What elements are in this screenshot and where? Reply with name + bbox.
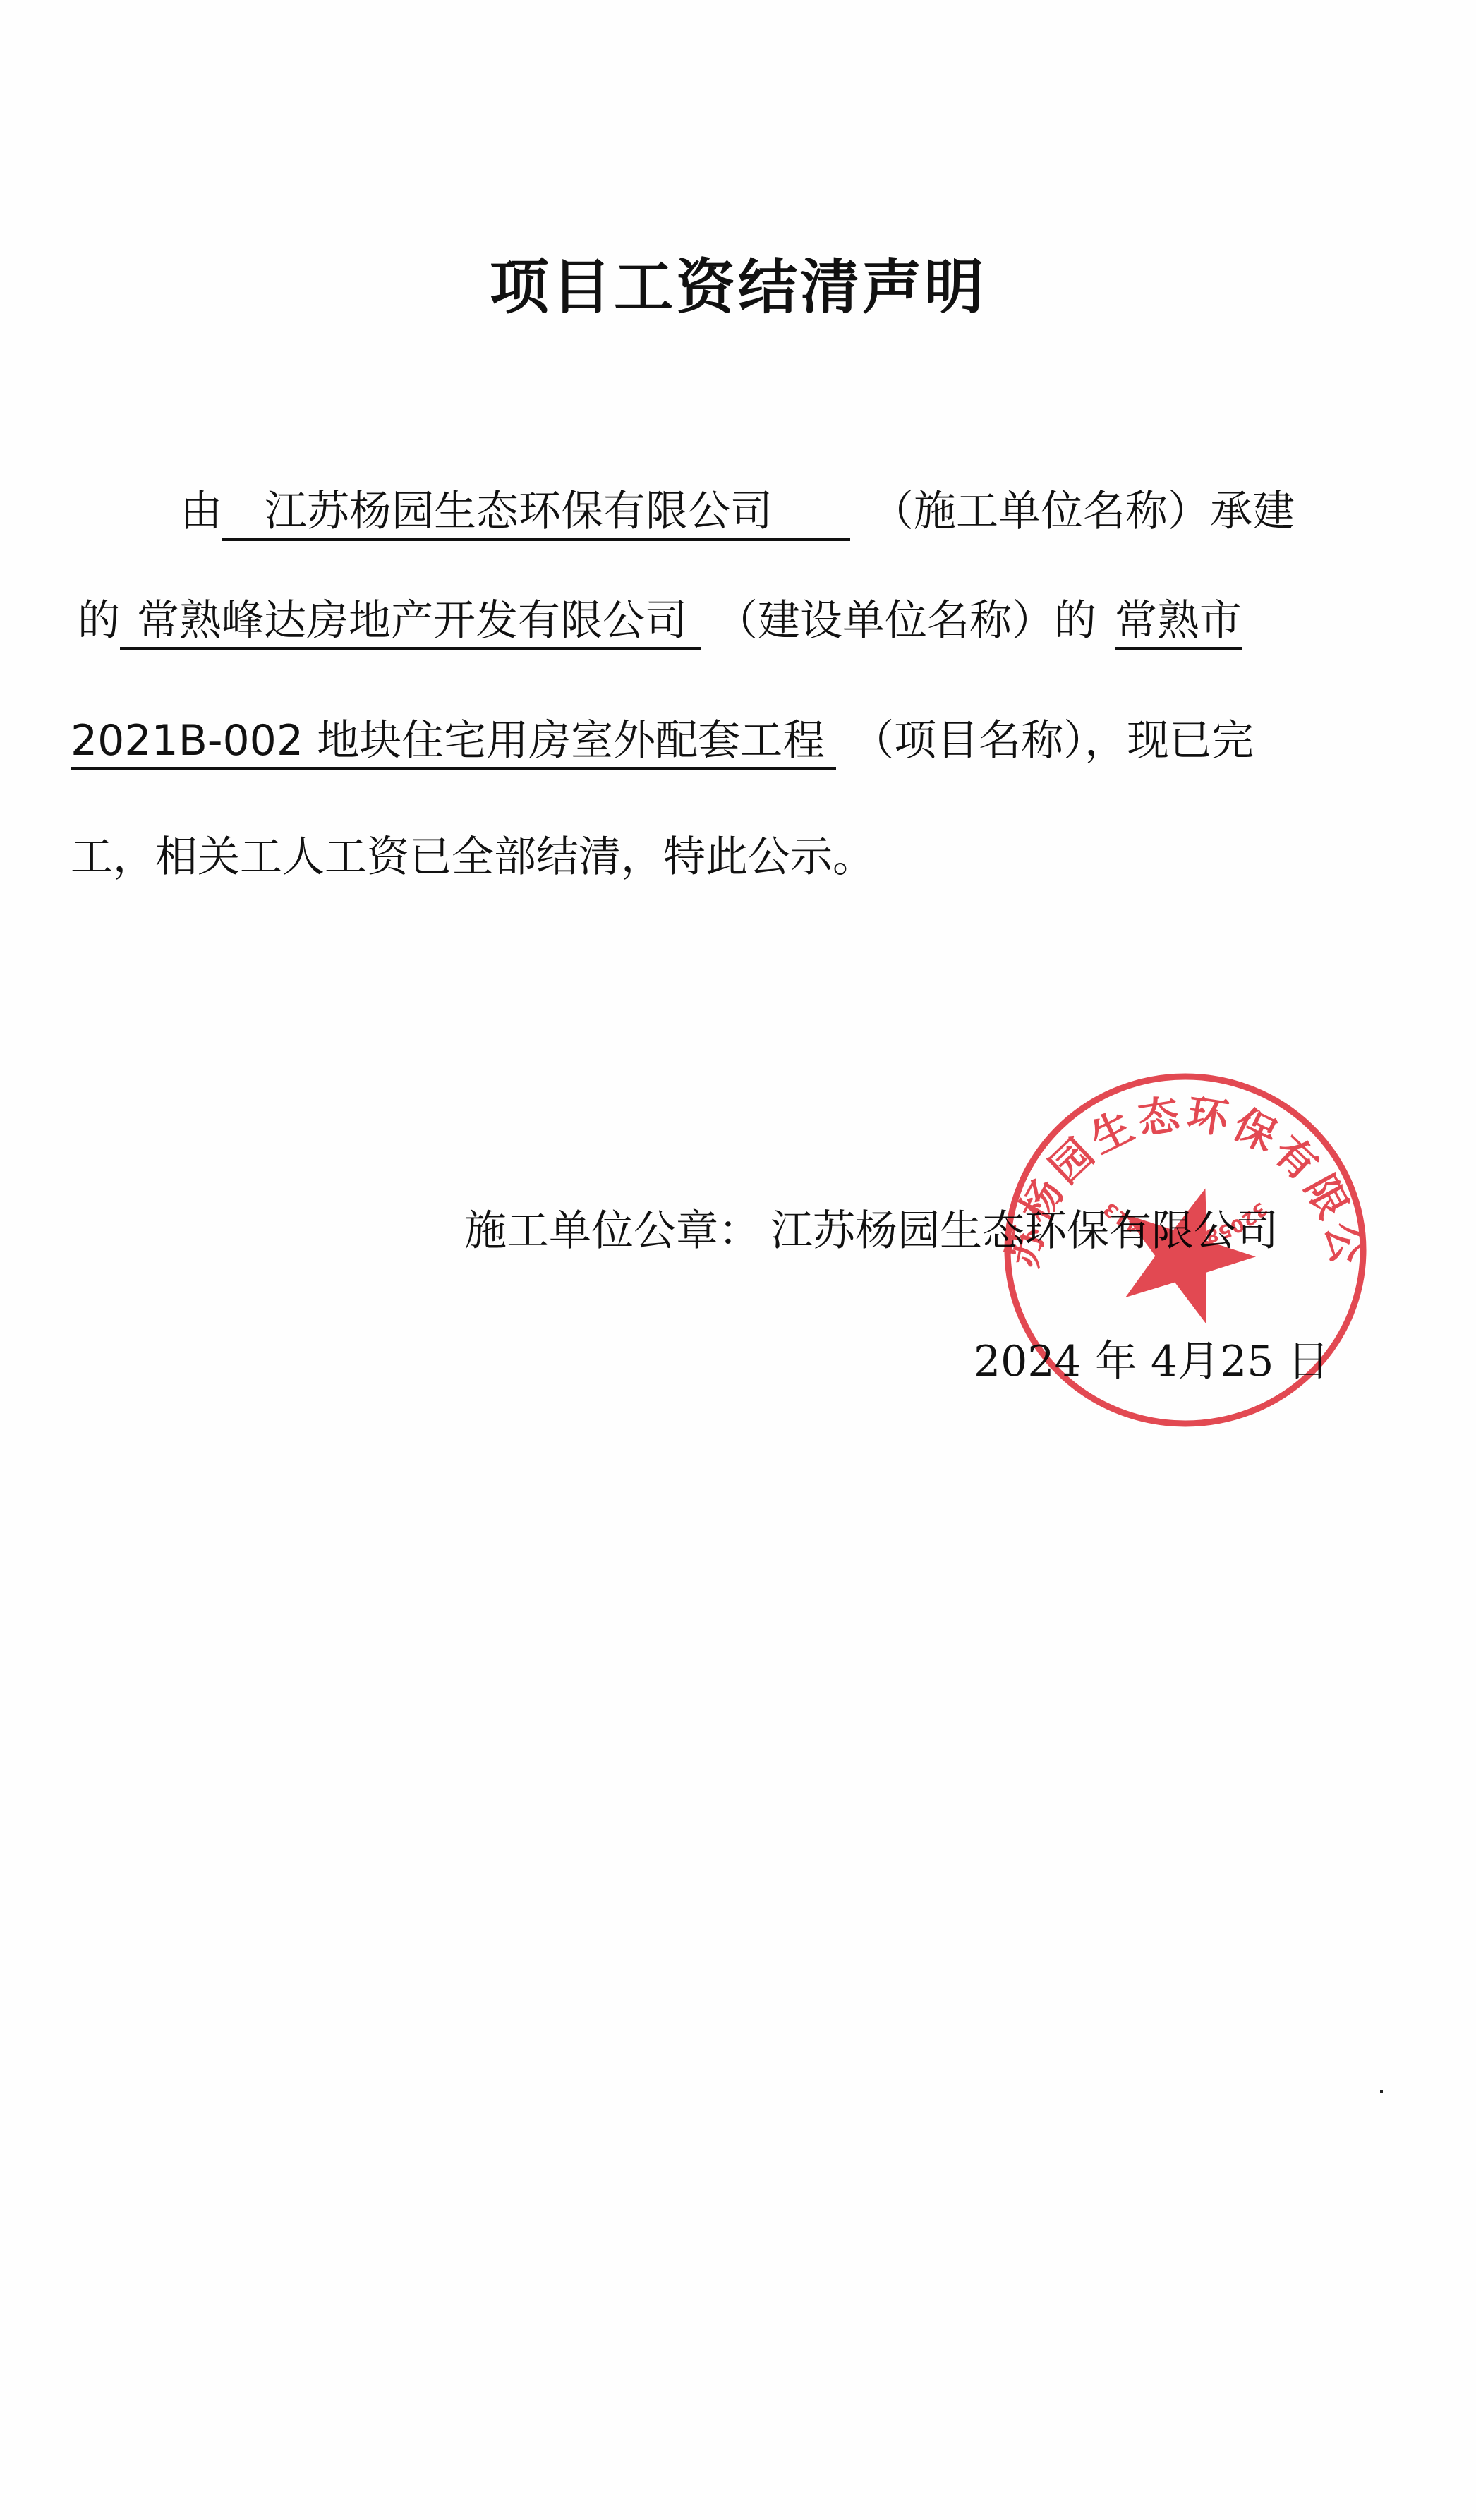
body-line-4: 工，相关工人工资已全部结清，特此公示。 bbox=[71, 829, 875, 885]
signature-label: 施工单位公章： bbox=[464, 1206, 761, 1256]
prefix-text: 的 bbox=[78, 596, 120, 646]
scan-speck bbox=[1380, 2090, 1383, 2093]
project-name: 2021B-002 地块住宅用房室外配套工程 bbox=[71, 716, 825, 765]
contractor-label: （施工单位名称）承建 bbox=[871, 487, 1295, 536]
project-name-start: 常熟市 bbox=[1115, 596, 1242, 650]
contractor-name-field: 江苏杨园生态环保有限公司 bbox=[222, 487, 850, 541]
body-line-1: 由江苏杨园生态环保有限公司（施工单位名称）承建 bbox=[180, 483, 1295, 540]
completion-statement: 工，相关工人工资已全部结清，特此公示。 bbox=[71, 832, 875, 882]
document-title: 项目工资结清声明 bbox=[0, 240, 1476, 325]
developer-name: 常熟峰达房地产开发有限公司 bbox=[137, 596, 687, 646]
company-seal-icon: 江苏杨园生态环保有限公司 3205816074413 bbox=[988, 1065, 1383, 1432]
document-page: 项目工资结清声明 由江苏杨园生态环保有限公司（施工单位名称）承建 的常熟峰达房地… bbox=[0, 0, 1476, 2520]
body-line-2: 的常熟峰达房地产开发有限公司（建设单位名称）的常熟市 bbox=[78, 593, 1242, 649]
developer-label: （建设单位名称）的 bbox=[715, 596, 1096, 646]
project-name-rest: 2021B-002 地块住宅用房室外配套工程 bbox=[71, 716, 836, 770]
developer-name-field: 常熟峰达房地产开发有限公司 bbox=[120, 596, 701, 650]
body-line-3: 2021B-002 地块住宅用房室外配套工程（项目名称），现已完 bbox=[71, 713, 1254, 769]
prefix-text: 由 bbox=[180, 487, 222, 536]
contractor-name: 江苏杨园生态环保有限公司 bbox=[265, 487, 773, 536]
project-label: （项目名称），现已完 bbox=[852, 716, 1254, 765]
